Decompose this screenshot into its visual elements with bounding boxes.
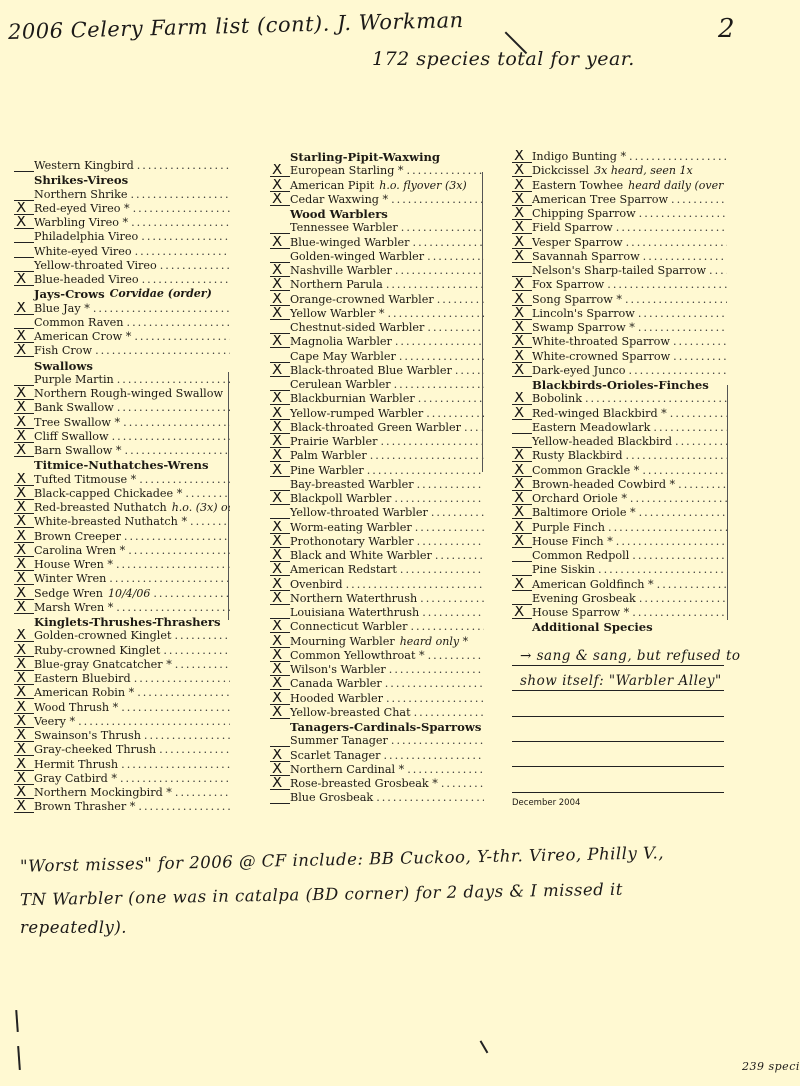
checkbox-blank[interactable]: X bbox=[512, 351, 532, 363]
species-name: House Wren * bbox=[34, 558, 113, 572]
species-name: Yellow-throated Vireo bbox=[34, 259, 157, 273]
species-row: XAmerican Tree Sparrow bbox=[512, 193, 727, 207]
checkbox-blank[interactable]: X bbox=[512, 165, 532, 177]
leader-dots bbox=[394, 492, 484, 506]
species-name: Blue Jay * bbox=[34, 302, 90, 316]
leader-dots bbox=[675, 435, 727, 449]
checkbox-blank[interactable]: X bbox=[512, 579, 532, 591]
check-x-icon: X bbox=[16, 302, 26, 315]
leader-dots bbox=[410, 620, 484, 634]
species-name: Palm Warbler bbox=[290, 449, 367, 463]
checkbox-blank[interactable]: X bbox=[270, 636, 290, 648]
leader-dots bbox=[131, 188, 231, 202]
checkbox-blank[interactable]: X bbox=[270, 265, 290, 277]
check-x-icon: X bbox=[16, 530, 26, 543]
checkbox-blank[interactable] bbox=[270, 479, 290, 491]
leader-dots bbox=[407, 763, 484, 777]
leader-dots bbox=[407, 164, 484, 178]
checkbox-blank[interactable]: X bbox=[14, 759, 34, 771]
checkbox-blank[interactable] bbox=[270, 607, 290, 619]
leader-dots bbox=[134, 672, 230, 686]
checkbox-blank[interactable]: X bbox=[512, 465, 532, 477]
leader-dots bbox=[671, 193, 727, 207]
check-x-icon: X bbox=[272, 706, 282, 719]
checkbox-blank[interactable] bbox=[14, 246, 34, 258]
checkbox-blank[interactable]: X bbox=[512, 607, 532, 619]
check-x-icon: X bbox=[16, 416, 26, 429]
leader-dots bbox=[632, 549, 727, 563]
checkbox-blank[interactable]: X bbox=[512, 336, 532, 348]
leader-dots bbox=[616, 535, 727, 549]
leader-dots bbox=[159, 743, 230, 757]
handwritten-annotation: 3x heard, seen 1x bbox=[594, 164, 693, 178]
checkbox-blank[interactable]: X bbox=[270, 707, 290, 719]
check-x-icon: X bbox=[16, 473, 26, 486]
leader-dots bbox=[141, 230, 230, 244]
checkbox-blank[interactable] bbox=[270, 792, 290, 804]
checkbox-blank[interactable] bbox=[270, 251, 290, 263]
leader-dots bbox=[630, 492, 727, 506]
species-name: Red-breasted Nuthatch bbox=[34, 501, 167, 515]
check-x-icon: X bbox=[514, 307, 524, 320]
species-name: Hermit Thrush bbox=[34, 758, 118, 772]
species-row: XRed-winged Blackbird * bbox=[512, 407, 727, 421]
species-row: XHouse Finch * bbox=[512, 535, 727, 549]
checkbox-blank[interactable]: X bbox=[14, 573, 34, 585]
species-name: Orchard Oriole * bbox=[532, 492, 627, 506]
checkbox-blank[interactable]: X bbox=[270, 778, 290, 790]
check-x-icon: X bbox=[16, 444, 26, 457]
species-name: Magnolia Warbler bbox=[290, 335, 392, 349]
species-row: XSavannah Sparrow bbox=[512, 250, 727, 264]
section-header: Additional Species bbox=[512, 620, 727, 634]
checkbox-blank[interactable] bbox=[14, 231, 34, 243]
species-name: Blue Grosbeak bbox=[290, 791, 373, 805]
checkbox-blank[interactable]: X bbox=[512, 450, 532, 462]
checkbox-blank[interactable]: X bbox=[270, 422, 290, 434]
leader-dots bbox=[127, 316, 230, 330]
species-row: XBank Swallow bbox=[14, 401, 230, 415]
species-row: XBlack-throated Blue Warbler bbox=[270, 364, 484, 378]
leader-dots bbox=[387, 307, 484, 321]
species-name: Tufted Titmouse * bbox=[34, 473, 136, 487]
additional-species-line-1 bbox=[512, 665, 724, 666]
leader-dots bbox=[138, 800, 230, 814]
species-row: XWorm-eating Warbler bbox=[270, 521, 484, 535]
species-name: Common Redpoll bbox=[532, 549, 629, 563]
species-row: XWinter Wren bbox=[14, 572, 230, 586]
species-name: Black-throated Blue Warbler bbox=[290, 364, 452, 378]
check-x-icon: X bbox=[514, 606, 524, 619]
check-x-icon: X bbox=[16, 487, 26, 500]
leader-dots bbox=[137, 686, 230, 700]
leader-dots bbox=[137, 159, 230, 173]
species-row: XBlue-winged Warbler bbox=[270, 236, 484, 250]
species-row: XRusty Blackbird bbox=[512, 449, 727, 463]
checkbox-blank[interactable]: X bbox=[14, 716, 34, 728]
check-x-icon: X bbox=[272, 521, 282, 534]
checkbox-blank[interactable]: X bbox=[512, 393, 532, 405]
check-x-icon: X bbox=[272, 293, 282, 306]
section-header: Shrikes-Vireos bbox=[14, 173, 230, 187]
checkbox-blank[interactable]: X bbox=[512, 208, 532, 220]
checkbox-blank[interactable]: X bbox=[512, 279, 532, 291]
checkbox-blank[interactable]: X bbox=[14, 801, 34, 813]
checkbox-blank[interactable]: X bbox=[14, 773, 34, 785]
species-row: XDark-eyed Junco bbox=[512, 364, 727, 378]
checkbox-blank[interactable]: X bbox=[14, 702, 34, 714]
checkbox-blank[interactable]: X bbox=[270, 693, 290, 705]
checkbox-blank[interactable]: X bbox=[270, 579, 290, 591]
checkbox-blank[interactable]: X bbox=[14, 388, 34, 400]
leader-dots bbox=[128, 544, 230, 558]
checkbox-blank[interactable]: X bbox=[14, 488, 34, 500]
species-row: XBlue-gray Gnatcatcher * bbox=[14, 658, 230, 672]
species-name: Swamp Sparrow * bbox=[532, 321, 635, 335]
species-row: XBrown-headed Cowbird * bbox=[512, 478, 727, 492]
leader-dots bbox=[464, 421, 484, 435]
section-header: Starling-Pipit-Waxwing bbox=[270, 150, 484, 164]
checkbox-blank[interactable]: X bbox=[512, 536, 532, 548]
species-name: Nelson's Sharp-tailed Sparrow bbox=[532, 264, 706, 278]
species-name: Yellow-breasted Chat bbox=[290, 706, 411, 720]
leader-dots bbox=[417, 478, 484, 492]
leader-dots bbox=[131, 216, 230, 230]
checkbox-blank[interactable]: X bbox=[14, 545, 34, 557]
checkbox-blank[interactable]: X bbox=[14, 659, 34, 671]
checkbox-blank[interactable]: X bbox=[270, 436, 290, 448]
checkbox-blank[interactable]: X bbox=[512, 507, 532, 519]
checkbox-blank[interactable]: X bbox=[270, 664, 290, 676]
species-name: Vesper Sparrow bbox=[532, 236, 623, 250]
checkbox-blank[interactable] bbox=[14, 374, 34, 386]
leader-dots bbox=[395, 335, 484, 349]
checkbox-blank[interactable]: X bbox=[512, 180, 532, 192]
checkbox-blank[interactable]: X bbox=[512, 408, 532, 420]
species-row: XNashville Warbler bbox=[270, 264, 484, 278]
species-name: Pine Warbler bbox=[290, 464, 364, 478]
footer-date: December 2004 bbox=[512, 798, 580, 808]
checkbox-blank[interactable]: X bbox=[14, 217, 34, 229]
checkbox-blank[interactable]: X bbox=[512, 308, 532, 320]
checkbox-blank[interactable]: X bbox=[270, 522, 290, 534]
checkbox-blank[interactable] bbox=[14, 189, 34, 201]
species-row: XVesper Sparrow bbox=[512, 236, 727, 250]
species-name: Northern Shrike bbox=[34, 188, 128, 202]
check-x-icon: X bbox=[514, 478, 524, 491]
checkbox-blank[interactable]: X bbox=[270, 365, 290, 377]
leader-dots bbox=[427, 250, 484, 264]
pen-mark-left-1 bbox=[15, 1010, 18, 1032]
leader-dots bbox=[616, 221, 727, 235]
checkbox-blank[interactable]: X bbox=[14, 531, 34, 543]
leader-dots bbox=[116, 601, 230, 615]
check-x-icon: X bbox=[272, 535, 282, 548]
checkbox-blank[interactable]: X bbox=[14, 516, 34, 528]
section-header: Jays-CrowsCorvidae (order) bbox=[14, 287, 230, 301]
checkbox-blank[interactable]: X bbox=[270, 493, 290, 505]
species-name: Fish Crow bbox=[34, 344, 92, 358]
leader-dots bbox=[413, 236, 484, 250]
leader-dots bbox=[376, 791, 484, 805]
species-row: XHooded Warbler bbox=[270, 692, 484, 706]
species-row: XAmerican Redstart bbox=[270, 563, 484, 577]
species-name: Gray Catbird * bbox=[34, 772, 117, 786]
checklist-column-1: Western KingbirdShrikes-VireosNorthern S… bbox=[14, 159, 230, 815]
check-x-icon: X bbox=[272, 749, 282, 762]
check-x-icon: X bbox=[272, 449, 282, 462]
species-row: Common Raven bbox=[14, 316, 230, 330]
handwritten-species-count: 239 species. bbox=[742, 1060, 800, 1073]
checkbox-blank[interactable]: X bbox=[270, 450, 290, 462]
checkbox-blank[interactable]: X bbox=[270, 650, 290, 662]
checkbox-blank[interactable]: X bbox=[512, 151, 532, 163]
checkbox-blank[interactable]: X bbox=[270, 593, 290, 605]
leader-dots bbox=[153, 587, 230, 601]
check-x-icon: X bbox=[16, 772, 26, 785]
species-name: Chestnut-sided Warbler bbox=[290, 321, 424, 335]
check-x-icon: X bbox=[272, 179, 282, 192]
checkbox-blank[interactable]: X bbox=[270, 393, 290, 405]
check-x-icon: X bbox=[272, 421, 282, 434]
leader-dots bbox=[121, 701, 230, 715]
checkbox-blank[interactable]: X bbox=[14, 474, 34, 486]
species-name: Yellow-throated Warbler bbox=[290, 506, 428, 520]
checkbox-blank[interactable]: X bbox=[270, 308, 290, 320]
checkbox-blank[interactable]: X bbox=[270, 465, 290, 477]
pen-mark-left-2 bbox=[17, 1046, 20, 1070]
checkbox-blank[interactable]: X bbox=[512, 237, 532, 249]
checkbox-blank[interactable]: X bbox=[270, 564, 290, 576]
checkbox-blank[interactable]: X bbox=[270, 165, 290, 177]
check-x-icon: X bbox=[272, 649, 282, 662]
section-header: Kinglets-Thrushes-Thrashers bbox=[14, 615, 230, 629]
checkbox-blank[interactable]: X bbox=[512, 294, 532, 306]
checkbox-blank[interactable]: X bbox=[14, 502, 34, 514]
checkbox-blank[interactable] bbox=[14, 260, 34, 272]
species-row: Tennessee Warbler bbox=[270, 221, 484, 235]
check-x-icon: X bbox=[514, 207, 524, 220]
checkbox-blank[interactable]: X bbox=[270, 408, 290, 420]
check-x-icon: X bbox=[16, 672, 26, 685]
species-name: Indigo Bunting * bbox=[532, 150, 626, 164]
checkbox-blank[interactable] bbox=[270, 735, 290, 747]
leader-dots bbox=[414, 706, 484, 720]
species-name: Field Sparrow bbox=[532, 221, 613, 235]
species-name: House Finch * bbox=[532, 535, 613, 549]
leader-dots bbox=[422, 606, 484, 620]
checkbox-blank[interactable]: X bbox=[270, 279, 290, 291]
species-row: XPalm Warbler bbox=[270, 449, 484, 463]
check-x-icon: X bbox=[16, 715, 26, 728]
species-name: White-throated Sparrow bbox=[532, 335, 670, 349]
species-name: Warbling Vireo * bbox=[34, 216, 128, 230]
checkbox-blank[interactable] bbox=[270, 322, 290, 334]
checkbox-blank[interactable]: X bbox=[14, 331, 34, 343]
checkbox-blank[interactable]: X bbox=[14, 673, 34, 685]
species-row: XCarolina Wren * bbox=[14, 544, 230, 558]
checkbox-blank[interactable]: X bbox=[270, 237, 290, 249]
species-row: XTree Swallow * bbox=[14, 416, 230, 430]
leader-dots bbox=[626, 449, 727, 463]
checkbox-blank[interactable]: X bbox=[14, 687, 34, 699]
checkbox-blank[interactable]: X bbox=[270, 750, 290, 762]
checkbox-blank[interactable]: X bbox=[14, 559, 34, 571]
checkbox-blank[interactable]: X bbox=[270, 180, 290, 192]
checkbox-blank[interactable] bbox=[512, 436, 532, 448]
worst-misses-line-1: "Worst misses" for 2006 @ CF include: BB… bbox=[20, 843, 664, 875]
species-row: XBaltimore Oriole * bbox=[512, 506, 727, 520]
species-row: XHermit Thrush bbox=[14, 758, 230, 772]
check-x-icon: X bbox=[272, 663, 282, 676]
section-header-label: Swallows bbox=[34, 359, 93, 373]
checkbox-blank[interactable]: X bbox=[14, 345, 34, 357]
species-row: XWilson's Warbler bbox=[270, 663, 484, 677]
leader-dots bbox=[134, 330, 230, 344]
column-divider-3 bbox=[727, 385, 728, 620]
checkbox-blank[interactable] bbox=[512, 593, 532, 605]
checkbox-blank[interactable]: X bbox=[512, 522, 532, 534]
species-name: American Crow * bbox=[34, 330, 131, 344]
checkbox-blank[interactable]: X bbox=[14, 602, 34, 614]
species-name: Cape May Warbler bbox=[290, 350, 396, 364]
species-name: Wood Thrush * bbox=[34, 701, 118, 715]
checkbox-blank[interactable] bbox=[270, 507, 290, 519]
species-name: Common Yellowthroat * bbox=[290, 649, 425, 663]
species-name: Blackpoll Warbler bbox=[290, 492, 391, 506]
species-row: Eastern Meadowlark bbox=[512, 421, 727, 435]
check-x-icon: X bbox=[514, 293, 524, 306]
leader-dots bbox=[144, 729, 230, 743]
checkbox-blank[interactable]: X bbox=[270, 550, 290, 562]
checkbox-blank[interactable] bbox=[512, 564, 532, 576]
checkbox-blank[interactable]: X bbox=[512, 222, 532, 234]
checkbox-blank[interactable]: X bbox=[14, 402, 34, 414]
checkbox-blank[interactable] bbox=[14, 317, 34, 329]
checkbox-blank[interactable]: X bbox=[14, 431, 34, 443]
checkbox-blank[interactable]: X bbox=[512, 194, 532, 206]
checkbox-blank[interactable]: X bbox=[270, 678, 290, 690]
checkbox-blank[interactable]: X bbox=[270, 764, 290, 776]
species-name: Connecticut Warbler bbox=[290, 620, 407, 634]
species-row: XField Sparrow bbox=[512, 221, 727, 235]
additional-species-line-4 bbox=[512, 741, 724, 742]
leader-dots bbox=[678, 478, 727, 492]
checkbox-blank[interactable]: X bbox=[270, 536, 290, 548]
leader-dots bbox=[121, 758, 230, 772]
check-x-icon: X bbox=[514, 236, 524, 249]
check-x-icon: X bbox=[514, 521, 524, 534]
checkbox-blank[interactable]: X bbox=[14, 730, 34, 742]
checkbox-blank[interactable] bbox=[512, 422, 532, 434]
checkbox-blank[interactable]: X bbox=[14, 645, 34, 657]
check-x-icon: X bbox=[16, 501, 26, 514]
species-row: XBobolink bbox=[512, 392, 727, 406]
species-name: Prothonotary Warbler bbox=[290, 535, 414, 549]
species-name: Pine Siskin bbox=[532, 563, 595, 577]
check-x-icon: X bbox=[16, 701, 26, 714]
species-name: Philadelphia Vireo bbox=[34, 230, 138, 244]
checkbox-blank[interactable]: X bbox=[270, 294, 290, 306]
species-name: House Sparrow * bbox=[532, 606, 629, 620]
species-name: White-breasted Nuthatch * bbox=[34, 515, 187, 529]
checkbox-blank[interactable]: X bbox=[14, 588, 34, 600]
species-name: Northern Mockingbird * bbox=[34, 786, 172, 800]
species-name: Gray-cheeked Thrush bbox=[34, 743, 156, 757]
check-x-icon: X bbox=[272, 435, 282, 448]
handwritten-title: 2006 Celery Farm list (cont). J. Workman bbox=[8, 8, 464, 44]
checkbox-blank[interactable]: X bbox=[270, 621, 290, 633]
handwritten-annotation: h.o. flyover (3x) bbox=[379, 179, 466, 193]
species-row: XNorthern Parula bbox=[270, 278, 484, 292]
leader-dots bbox=[389, 663, 484, 677]
checkbox-blank[interactable]: X bbox=[512, 493, 532, 505]
checkbox-blank[interactable]: X bbox=[14, 445, 34, 457]
additional-species-line-6 bbox=[512, 792, 724, 793]
check-x-icon: X bbox=[16, 729, 26, 742]
checkbox-blank[interactable]: X bbox=[14, 303, 34, 315]
checkbox-blank[interactable] bbox=[512, 265, 532, 277]
checkbox-blank[interactable]: X bbox=[270, 336, 290, 348]
check-x-icon: X bbox=[514, 221, 524, 234]
species-name: Song Sparrow * bbox=[532, 293, 622, 307]
species-row: XConnecticut Warbler bbox=[270, 620, 484, 634]
checkbox-blank[interactable]: X bbox=[14, 744, 34, 756]
species-name: Northern Rough-winged Swallow bbox=[34, 387, 223, 401]
checkbox-blank[interactable]: X bbox=[14, 630, 34, 642]
leader-dots bbox=[427, 321, 484, 335]
section-header-label: Starling-Pipit-Waxwing bbox=[290, 150, 440, 164]
check-x-icon: X bbox=[514, 492, 524, 505]
handwritten-annotation: heard daily (over & over!) 3x bbox=[628, 179, 727, 193]
checkbox-blank[interactable] bbox=[270, 351, 290, 363]
species-row: Cerulean Warbler bbox=[270, 378, 484, 392]
species-row: XSwainson's Thrush bbox=[14, 729, 230, 743]
species-name: Blue-headed Vireo bbox=[34, 273, 139, 287]
species-row: XChipping Sparrow bbox=[512, 207, 727, 221]
checkbox-blank[interactable] bbox=[14, 160, 34, 172]
species-row: XFish Crow bbox=[14, 344, 230, 358]
checkbox-blank[interactable] bbox=[270, 222, 290, 234]
checkbox-blank[interactable] bbox=[512, 550, 532, 562]
leader-dots bbox=[123, 416, 230, 430]
checkbox-blank[interactable]: X bbox=[512, 479, 532, 491]
species-name: Golden-winged Warbler bbox=[290, 250, 424, 264]
checkbox-blank[interactable]: X bbox=[14, 417, 34, 429]
checkbox-blank[interactable]: X bbox=[512, 251, 532, 263]
additional-species-line-3 bbox=[512, 716, 724, 717]
leader-dots bbox=[420, 592, 484, 606]
leader-dots bbox=[391, 734, 484, 748]
species-row: XOrange-crowned Warbler bbox=[270, 293, 484, 307]
leader-dots bbox=[428, 649, 484, 663]
species-row: XBlack-capped Chickadee * bbox=[14, 487, 230, 501]
checkbox-blank[interactable]: X bbox=[14, 203, 34, 215]
species-name: Cerulean Warbler bbox=[290, 378, 391, 392]
checkbox-blank[interactable]: X bbox=[512, 322, 532, 334]
leader-dots bbox=[190, 515, 230, 529]
species-row: XBrown Thrasher * bbox=[14, 800, 230, 814]
checkbox-blank[interactable]: X bbox=[270, 194, 290, 206]
pen-mark-right bbox=[480, 1041, 488, 1054]
checkbox-blank[interactable]: X bbox=[14, 787, 34, 799]
checkbox-blank[interactable]: X bbox=[512, 365, 532, 377]
species-name: Eastern Meadowlark bbox=[532, 421, 650, 435]
species-name: Barn Swallow * bbox=[34, 444, 122, 458]
checkbox-blank[interactable]: X bbox=[14, 274, 34, 286]
species-row: XYellow-rumped Warbler bbox=[270, 407, 484, 421]
checkbox-blank[interactable] bbox=[270, 379, 290, 391]
